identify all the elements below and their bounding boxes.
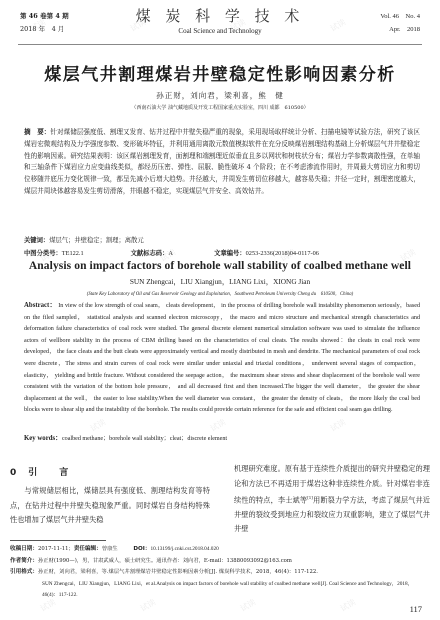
abstract-en-label: Abstract： [24,302,56,309]
keywords-cn-text: 煤层气；井壁稳定；割理；离散元 [49,237,143,244]
citation-en: SUN Zhengcai，LIU Xiangjun，LIANG Lixi，et … [10,579,426,602]
date-en: Apr. 2018 [380,23,420,36]
keywords-en: Key words：coalbed methane；borehole wall … [24,432,420,442]
article-no-label: 文章编号： [214,250,245,257]
footnotes: 收稿日期：2017-11-11；责任编辑：曾康生 DOI：10.13199/j.… [10,544,426,602]
abstract-cn: 摘 要：针对煤储层强度低、割理又发育、钻井过程中井壁失稳严重的现象，采用现场取样… [24,127,420,198]
section-title-part-2: 言 [59,468,68,478]
authors-en: SUN Zhengcai，LIU Xiangjun，LIANG Lixi，XIO… [0,277,440,287]
clc-value: TE122.1 [62,250,84,257]
section-number: 0 [10,468,16,478]
article-title-en: Analysis on impact factors of borehole w… [0,260,440,272]
journal-name-cn: 煤 炭 科 学 技 术 [20,6,420,26]
section-heading-introduction: 0引言 [10,465,68,478]
body-column-left: 与常规储层相比，煤储层具有强度低、割理结构发育等特点，在钻井过程中井壁失稳现象严… [10,484,210,528]
keywords-cn-label: 关键词： [24,237,49,244]
clc-label: 中图分类号： [24,250,62,257]
footnote-citation: 引用格式：孙正财，刘向君，梁利喜，等.煤层气井割理煤岩井壁稳定性影响因素分析[J… [10,567,426,579]
classification-line: 中图分类号：TE122.1 文献标志码：A 文章编号：0253-2336(201… [24,248,420,257]
intro-paragraph-left: 与常规储层相比，煤储层具有强度低、割理结构发育等特点，在钻井过程中井壁失稳现象严… [10,484,210,528]
volume-en: Vol. 46 No. 4 [380,10,420,23]
abstract-cn-text: 针对煤储层强度低、割理又发育、钻井过程中井壁失稳严重的现象，采用现场取样统计分析… [24,128,420,195]
journal-name: 煤 炭 科 学 技 术 Coal Science and Technology [20,6,420,36]
editor-label: 责任编辑： [74,546,102,552]
doc-code-value: A [168,250,173,257]
body-column-right: 机理研究难度。原有基于连续性介质提出的研究井壁稳定的理论和方法已不再适用于煤岩这… [234,462,430,537]
abstract-en-text: In view of the low strength of coal seam… [24,303,420,413]
editor-value: 曾康生 [102,546,118,552]
header-divider [18,44,422,45]
citation-cn: 孙正财，刘向君，梁利喜，等.煤层气井割理煤岩井壁稳定性影响因素分析[J]. 煤炭… [38,569,318,575]
keywords-en-text: coalbed methane；borehole wall stability；… [62,436,227,442]
received-label: 收稿日期： [10,546,38,552]
issue-info-en: Vol. 46 No. 4 Apr. 2018 [380,10,420,36]
keywords-cn: 关键词：煤层气；井壁稳定；割理；离散元 [24,235,420,244]
article-title-cn: 煤层气井割理煤岩井壁稳定性影响因素分析 [0,60,440,85]
affiliation-cn: （西南石油大学 油气藏地质及开发工程国家重点实验室，四川 成都 610500） [0,104,440,111]
journal-name-en: Coal Science and Technology [20,26,420,36]
keywords-en-label: Key words： [24,435,62,442]
article-no-value: 0253-2336(2018)04-0117-06 [246,250,319,257]
page-number: 117 [410,604,422,614]
citation-label: 引用格式： [10,569,38,575]
received-value: 2017-11-11； [38,546,74,552]
abstract-cn-label: 摘 要： [24,128,50,136]
footnote-author: 作者简介：孙正财(1990—)，男，甘肃武威人，硕士研究生。通讯作者：刘向君，E… [10,556,426,568]
journal-page: 试读试读试读试读 试读试读试读 试读试读试读试读 试读试读试读 试读试读试读试读… [0,0,440,620]
intro-paragraph-right: 机理研究难度。原有基于连续性介质提出的研究井壁稳定的理论和方法已不再适用于煤岩这… [234,462,430,537]
doc-code-label: 文献标志码： [131,250,169,257]
section-title-part-1: 引 [28,468,37,478]
doi-value[interactable]: 10.13199/j.cnki.cst.2018.04.020 [150,546,218,552]
affiliation-en: (State Key Laboratory of Oil and Gas Res… [0,290,440,297]
author-info-value: 孙正财(1990—)，男，甘肃武威人，硕士研究生。通讯作者：刘向君，E-mail… [38,558,292,564]
authors-cn: 孙正财，刘向君，梁利喜，熊 健 [0,90,440,101]
author-info-label: 作者简介： [10,558,38,564]
doi-label: DOI： [133,546,150,552]
footnote-received: 收稿日期：2017-11-11；责任编辑：曾康生 DOI：10.13199/j.… [10,544,426,556]
footnote-divider [10,540,106,541]
abstract-en: Abstract： In view of the low strength of… [24,300,420,417]
journal-header: 第 46 卷第 4 期 2018 年 4 月 煤 炭 科 学 技 术 Coal … [20,6,420,46]
